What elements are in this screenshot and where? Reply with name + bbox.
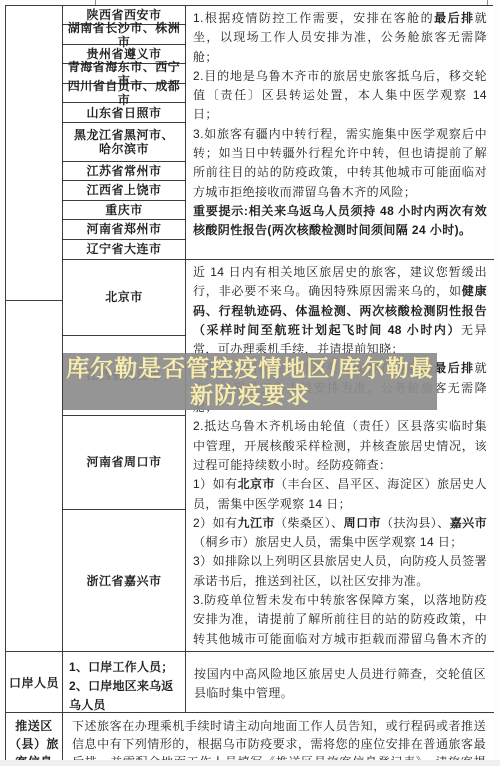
port-category-item: 2、口岸地区来乌返乌人员 — [69, 677, 180, 715]
push-row-content: 下述旅客在办理乘机手续时请主动向地面工作人员告知，或行程码或者推送信息中有下列情… — [63, 713, 494, 760]
city-cell: 山东省日照市 — [63, 103, 185, 122]
city-cell: 辽宁省大连市 — [63, 240, 185, 259]
section1-city-column: 陕西省西安市 湖南省长沙市、株洲市 贵州省遵义市 青海省海东市、西宁市 四川省自… — [63, 6, 186, 260]
city-cell: 江西省上饶市 — [63, 181, 185, 200]
city-cell: 湖南省长沙市、株洲市 — [63, 25, 185, 45]
article-title-line2: 新防疫要求 — [190, 382, 310, 409]
city-cell: 江苏省常州市 — [63, 162, 185, 181]
bottom-margin-strip — [0, 760, 500, 766]
policy-table-page: 陕西省西安市 湖南省长沙市、株洲市 贵州省遵义市 青海省海东市、西宁市 四川省自… — [0, 0, 500, 766]
city-cell: 四川省自贡市、成都市 — [63, 84, 185, 104]
section1-policy-text: 1.根据疫情防控工作需要，安排在客舱的最后排就坐，以现场工作人员安排为准，公务舱… — [186, 6, 494, 260]
port-row-categories: 1、口岸工作人员； 2、口岸地区来乌返乌人员 — [63, 652, 186, 713]
port-row-header: 口岸人员 — [6, 652, 63, 713]
city-cell: 重庆市 — [63, 201, 185, 220]
city-cell: 河南省周口市 — [63, 416, 185, 511]
article-title-overlay: 库尔勒是否管控疫情地区/库尔勒最 新防疫要求 — [63, 353, 437, 410]
port-category-item: 1、口岸工作人员； — [69, 658, 180, 677]
city-cell: 黑龙江省黑河市、哈尔滨市 — [63, 123, 185, 162]
port-row-policy: 按国内中高风险地区旅居史人员进行筛查，交轮值区县临时集中管理。 — [186, 652, 494, 713]
city-cell: 浙江省嘉兴市 — [63, 510, 185, 651]
first-column-empty-cell-bottom — [6, 301, 63, 652]
city-cell: 河南省郑州市 — [63, 220, 185, 239]
section2-city-column: 北京市 江西省九江市 河南省周口市 浙江省嘉兴市 — [63, 260, 186, 652]
push-row-header: 推送区（县）旅客信息 — [6, 713, 63, 760]
section2-policy-text: 近 14 日内有相关地区旅居史的旅客，建议您暂缓出行，非必要不来乌。确因特殊原因… — [186, 260, 494, 652]
article-title-line1: 库尔勒是否管控疫情地区/库尔勒最 — [66, 355, 433, 382]
first-column-empty-cell-top — [6, 6, 63, 301]
city-cell: 北京市 — [63, 260, 185, 336]
